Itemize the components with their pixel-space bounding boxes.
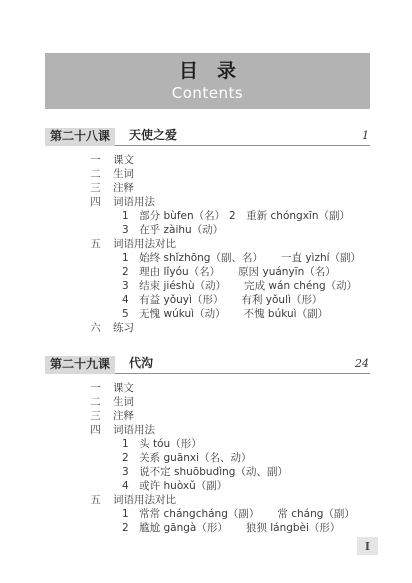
- vocab-entry: 2 重新 chóngxīn（副）: [229, 209, 350, 223]
- item-row: 一 课文: [89, 153, 370, 167]
- lesson-28-items: 一 课文 二 生词 三 注释 四 词语用法 1 部分 bùfen（名） 2 重新…: [89, 153, 370, 335]
- item-label: 练习: [113, 321, 134, 335]
- item-number: 二: [89, 395, 102, 409]
- item-number: 四: [89, 195, 102, 209]
- vocab-entry: 2 理由 lǐyóu（名）: [122, 265, 220, 279]
- lesson-29-header: 第二十九课 代沟 24: [45, 356, 370, 374]
- item-row: 五 词语用法对比: [89, 493, 370, 507]
- item-row: 四 词语用法: [89, 195, 370, 209]
- vocab-entry: 3 在乎 zàihu（动）: [122, 223, 223, 237]
- vocab-entry: 常 cháng（副）: [277, 507, 355, 521]
- item-label: 注释: [113, 409, 134, 423]
- item-row: 二 生词: [89, 167, 370, 181]
- lesson-29-title: 代沟: [129, 356, 153, 371]
- item-label: 词语用法: [113, 423, 155, 437]
- vocab-row: 3 说不定 shuōbudìng（动、副）: [122, 465, 370, 479]
- vocab-entry: 完成 wán chéng（动）: [244, 279, 357, 293]
- vocab-entry: 1 始终 shǐzhōng（副、名）: [122, 251, 263, 265]
- vocab-compare-row: 2 尴尬 gāngà（形） 狼狈 lángbèi（形）: [122, 521, 370, 535]
- vocab-compare-row: 1 常常 chángcháng（副） 常 cháng（副）: [122, 507, 370, 521]
- item-number: 六: [89, 321, 102, 335]
- vocab-entry: 一直 yìzhí（副）: [281, 251, 361, 265]
- vocab-entry: 4 或许 huòxǔ（副）: [122, 479, 227, 493]
- vocab-entry: 2 关系 guānxi（名、动）: [122, 451, 252, 465]
- item-label: 生词: [113, 395, 134, 409]
- toc-banner: 目 录 Contents: [45, 53, 370, 109]
- page-number-marker: I: [357, 537, 378, 555]
- vocab-row: 4 或许 huòxǔ（副）: [122, 479, 370, 493]
- vocab-entry: 3 结束 jiéshù（动）: [122, 279, 226, 293]
- item-row: 三 注释: [89, 409, 370, 423]
- vocab-compare-row: 5 无愧 wúkuì（动） 不愧 búkuì（副）: [122, 307, 370, 321]
- vocab-entry: 1 部分 bùfen（名）: [122, 209, 229, 223]
- vocab-compare-row: 1 始终 shǐzhōng（副、名） 一直 yìzhí（副）: [122, 251, 370, 265]
- item-number: 四: [89, 423, 102, 437]
- lesson-section-28: 第二十八课 天使之爱 1 一 课文 二 生词 三 注释 四 词语用法: [45, 128, 370, 335]
- vocab-entry: 原因 yuányīn（名）: [238, 265, 336, 279]
- vocab-entry: 3 说不定 shuōbudìng（动、副）: [122, 465, 288, 479]
- vocab-row: 1 部分 bùfen（名） 2 重新 chóngxīn（副）: [122, 209, 370, 223]
- item-row: 六 练习: [89, 321, 370, 335]
- toc-title-english: Contents: [172, 84, 243, 103]
- vocab-entry: 2 尴尬 gāngà（形）: [122, 521, 228, 535]
- vocab-entry: 不愧 búkuì（副）: [244, 307, 329, 321]
- item-number: 五: [89, 237, 102, 251]
- item-label: 课文: [113, 153, 134, 167]
- vocab-compare-row: 3 结束 jiéshù（动） 完成 wán chéng（动）: [122, 279, 370, 293]
- item-label: 词语用法对比: [113, 237, 176, 251]
- lesson-29-title-row: 代沟 24: [115, 356, 370, 374]
- item-label: 生词: [113, 167, 134, 181]
- lesson-28-title: 天使之爱: [129, 128, 177, 143]
- lesson-29-items: 一 课文 二 生词 三 注释 四 词语用法 1 头 tóu（形） 2 关系 gu…: [89, 381, 370, 535]
- vocab-entry: 1 常常 chángcháng（副）: [122, 507, 259, 521]
- item-number: 一: [89, 381, 102, 395]
- lesson-28-label: 第二十八课: [45, 128, 115, 146]
- vocab-entry: 5 无愧 wúkuì（动）: [122, 307, 226, 321]
- vocab-entry: 有利 yǒulì（形）: [241, 293, 322, 307]
- item-row: 五 词语用法对比: [89, 237, 370, 251]
- vocab-compare-row: 2 理由 lǐyóu（名） 原因 yuányīn（名）: [122, 265, 370, 279]
- lesson-28-title-row: 天使之爱 1: [115, 128, 370, 146]
- vocab-entry: 狼狈 lángbèi（形）: [246, 521, 341, 535]
- toc-title-chinese: 目 录: [179, 59, 236, 83]
- item-row: 四 词语用法: [89, 423, 370, 437]
- item-number: 二: [89, 167, 102, 181]
- lesson-28-header: 第二十八课 天使之爱 1: [45, 128, 370, 146]
- vocab-entry: 1 头 tóu（形）: [122, 437, 202, 451]
- lesson-29-label: 第二十九课: [45, 356, 115, 374]
- vocab-row: 3 在乎 zàihu（动）: [122, 223, 370, 237]
- item-label: 词语用法: [113, 195, 155, 209]
- item-row: 一 课文: [89, 381, 370, 395]
- item-label: 课文: [113, 381, 134, 395]
- toc-page: 目 录 Contents 第二十八课 天使之爱 1 一 课文 二 生词 三 注释: [45, 53, 370, 535]
- item-label: 词语用法对比: [113, 493, 176, 507]
- item-number: 五: [89, 493, 102, 507]
- vocab-entry: 4 有益 yǒuyì（形）: [122, 293, 223, 307]
- lesson-section-29: 第二十九课 代沟 24 一 课文 二 生词 三 注释 四 词语用法: [45, 356, 370, 535]
- lesson-28-page-number: 1: [362, 129, 369, 143]
- vocab-compare-row: 4 有益 yǒuyì（形） 有利 yǒulì（形）: [122, 293, 370, 307]
- item-row: 三 注释: [89, 181, 370, 195]
- item-number: 三: [89, 409, 102, 423]
- item-number: 一: [89, 153, 102, 167]
- item-row: 二 生词: [89, 395, 370, 409]
- item-number: 三: [89, 181, 102, 195]
- vocab-row: 1 头 tóu（形）: [122, 437, 370, 451]
- vocab-row: 2 关系 guānxi（名、动）: [122, 451, 370, 465]
- lesson-29-page-number: 24: [355, 357, 369, 371]
- item-label: 注释: [113, 181, 134, 195]
